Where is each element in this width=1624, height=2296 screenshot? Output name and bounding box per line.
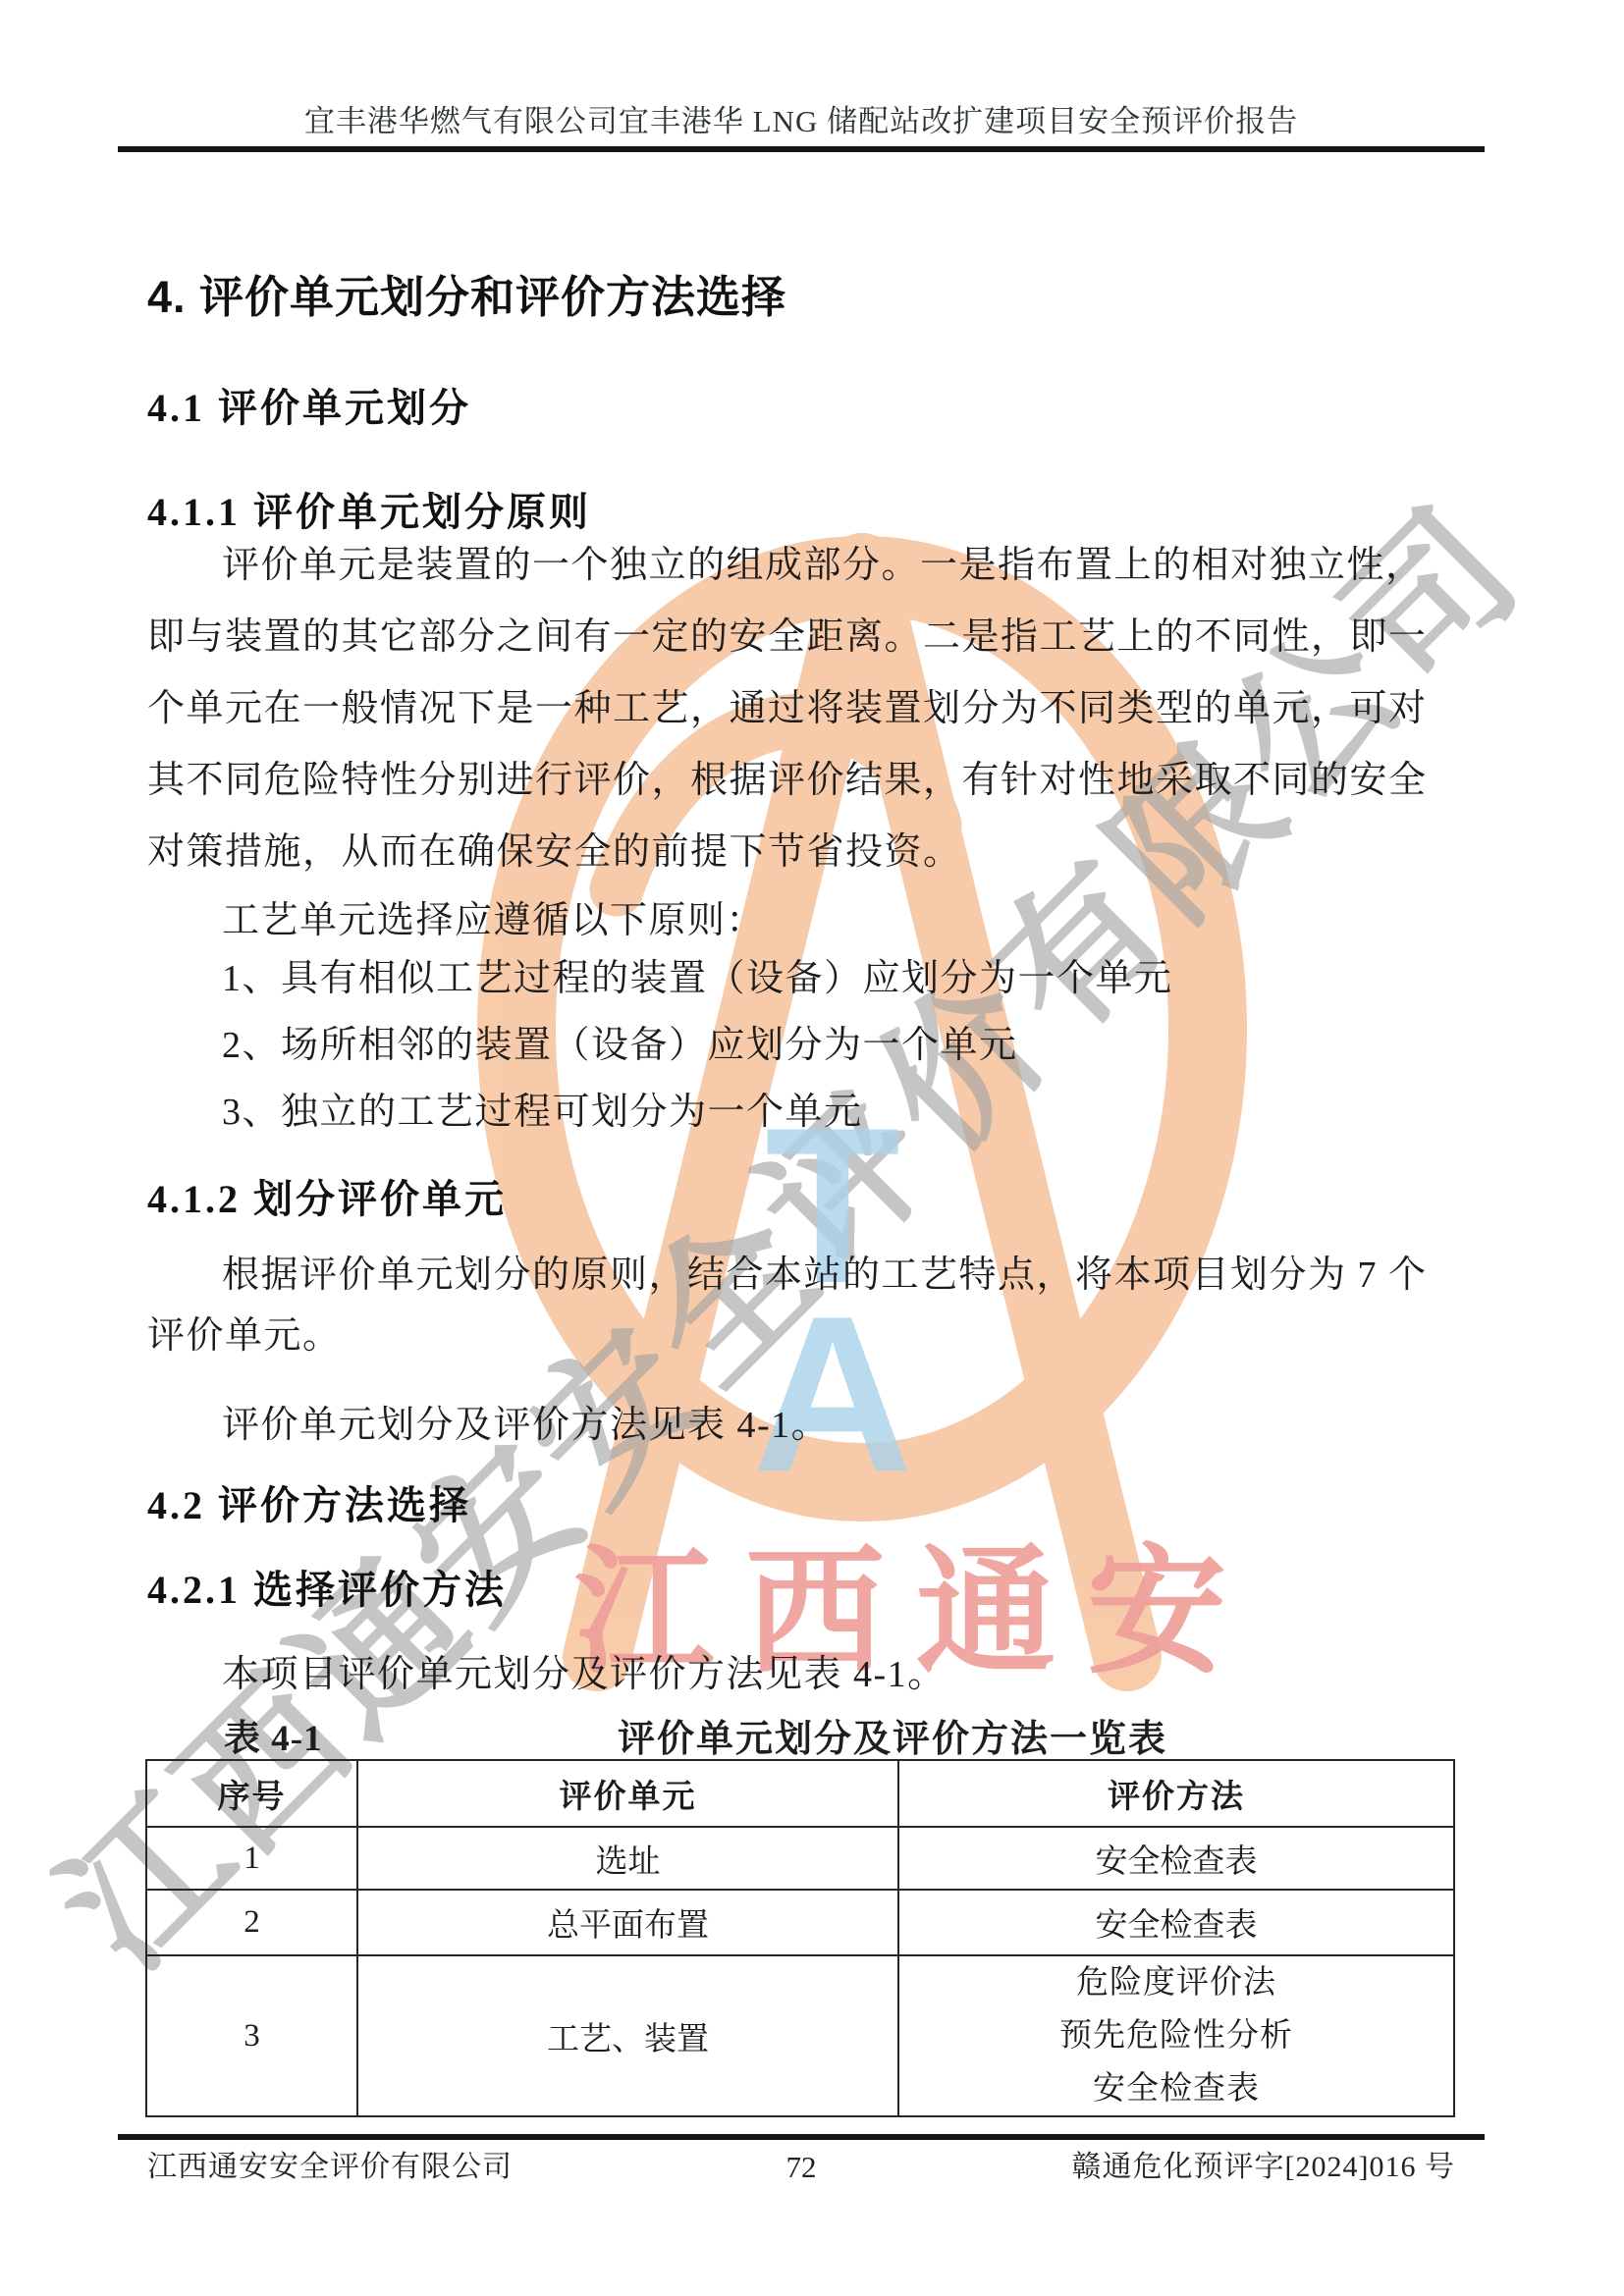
table-caption-row: 表 4-1 评价单元划分及评价方法一览表	[145, 1708, 1453, 1751]
cell-method: 安全检查表	[898, 1827, 1454, 1890]
paragraph-line: 根据评价单元划分的原则，结合本站的工艺特点，将本项目划分为 7 个	[147, 1245, 1483, 1306]
cell-no: 3	[146, 1955, 357, 2116]
table-row: 2 总平面布置 安全检查表	[146, 1890, 1454, 1955]
table-label: 表 4-1	[224, 1708, 323, 1761]
footer-rule	[118, 2134, 1485, 2140]
column-header-no: 序号	[146, 1760, 357, 1827]
list-item: 2、场所相邻的装置（设备）应划分为一个单元	[147, 1012, 1483, 1079]
cell-no: 1	[146, 1827, 357, 1890]
paragraph-line: 评价单元是装置的一个独立的组成部分。一是指布置上的相对独立性，	[147, 530, 1483, 602]
cell-no: 2	[146, 1890, 357, 1955]
list-item: 3、独立的工艺过程可划分为一个单元	[147, 1079, 1483, 1146]
page-content: 宜丰港华燃气有限公司宜丰港华 LNG 储配站改扩建项目安全预评价报告 4. 评价…	[0, 0, 1624, 2296]
paragraph-line: 评价单元。	[147, 1306, 1483, 1366]
table-title: 评价单元划分及评价方法一览表	[618, 1708, 1167, 1762]
footer-page-number: 72	[786, 2148, 817, 2187]
paragraph-line: 本项目评价单元划分及评价方法见表 4-1。	[147, 1639, 1483, 1711]
cell-method: 安全检查表	[898, 1890, 1454, 1955]
footer-company: 江西通安安全评价有限公司	[147, 2148, 513, 2187]
page-footer: 江西通安安全评价有限公司 72 赣通危化预评字[2024]016 号	[118, 2148, 1485, 2187]
section-4-2-heading: 4.2 评价方法选择	[147, 1474, 471, 1530]
cell-unit: 选址	[357, 1827, 898, 1890]
paragraph-line: 个单元在一般情况下是一种工艺，通过将装置划分为不同类型的单元，可对	[147, 673, 1483, 745]
paragraph-unit-definition: 评价单元是装置的一个独立的组成部分。一是指布置上的相对独立性， 即与装置的其它部…	[147, 530, 1483, 888]
paragraph-line: 评价单元划分及评价方法见表 4-1。	[147, 1390, 1483, 1462]
cell-unit: 总平面布置	[357, 1890, 898, 1955]
table-row: 3 工艺、装置 危险度评价法 预先危险性分析 安全检查表	[146, 1955, 1454, 2116]
evaluation-methods-table: 序号 评价单元 评价方法 1 选址 安全检查表 2 总平面布置 安全检查表 3 …	[145, 1759, 1455, 2117]
section-4-1-heading: 4.1 评价单元划分	[147, 377, 471, 433]
paragraph-unit-division: 根据评价单元划分的原则，结合本站的工艺特点，将本项目划分为 7 个 评价单元。	[147, 1245, 1483, 1366]
page-header: 宜丰港华燃气有限公司宜丰港华 LNG 储配站改扩建项目安全预评价报告	[118, 102, 1485, 152]
section-4-2-1-heading: 4.2.1 选择评价方法	[147, 1559, 507, 1615]
method-line: 危险度评价法	[899, 1956, 1453, 2009]
table-header-row: 序号 评价单元 评价方法	[146, 1760, 1454, 1827]
document-page: 江西通安安全评价有限公司 T A 江西通安 宜丰港华燃气有限公司宜丰港华 LNG…	[0, 0, 1624, 2296]
chapter-title: 4. 评价单元划分和评价方法选择	[147, 261, 786, 325]
footer-doc-number: 赣通危化预评字[2024]016 号	[1072, 2148, 1455, 2187]
paragraph-see-table-2: 本项目评价单元划分及评价方法见表 4-1。	[147, 1639, 1483, 1711]
paragraph-line: 其不同危险特性分别进行评价，根据评价结果，有针对性地采取不同的安全	[147, 745, 1483, 817]
paragraph-see-table: 评价单元划分及评价方法见表 4-1。	[147, 1390, 1483, 1462]
section-4-1-2-heading: 4.1.2 划分评价单元	[147, 1168, 507, 1224]
paragraph-line: 即与装置的其它部分之间有一定的安全距离。二是指工艺上的不同性，即一	[147, 602, 1483, 673]
section-4-1-1-heading: 4.1.1 评价单元划分原则	[147, 481, 591, 537]
paragraph-line: 对策措施，从而在确保安全的前提下节省投资。	[147, 817, 1483, 888]
cell-unit: 工艺、装置	[357, 1955, 898, 2116]
cell-method: 危险度评价法 预先危险性分析 安全检查表	[898, 1955, 1454, 2116]
method-line: 预先危险性分析	[899, 2009, 1453, 2062]
column-header-method: 评价方法	[898, 1760, 1454, 1827]
principles-list: 1、具有相似工艺过程的装置（设备）应划分为一个单元 2、场所相邻的装置（设备）应…	[147, 945, 1483, 1146]
list-item: 1、具有相似工艺过程的装置（设备）应划分为一个单元	[147, 945, 1483, 1012]
method-line: 安全检查表	[899, 2062, 1453, 2115]
column-header-unit: 评价单元	[357, 1760, 898, 1827]
table-row: 1 选址 安全检查表	[146, 1827, 1454, 1890]
